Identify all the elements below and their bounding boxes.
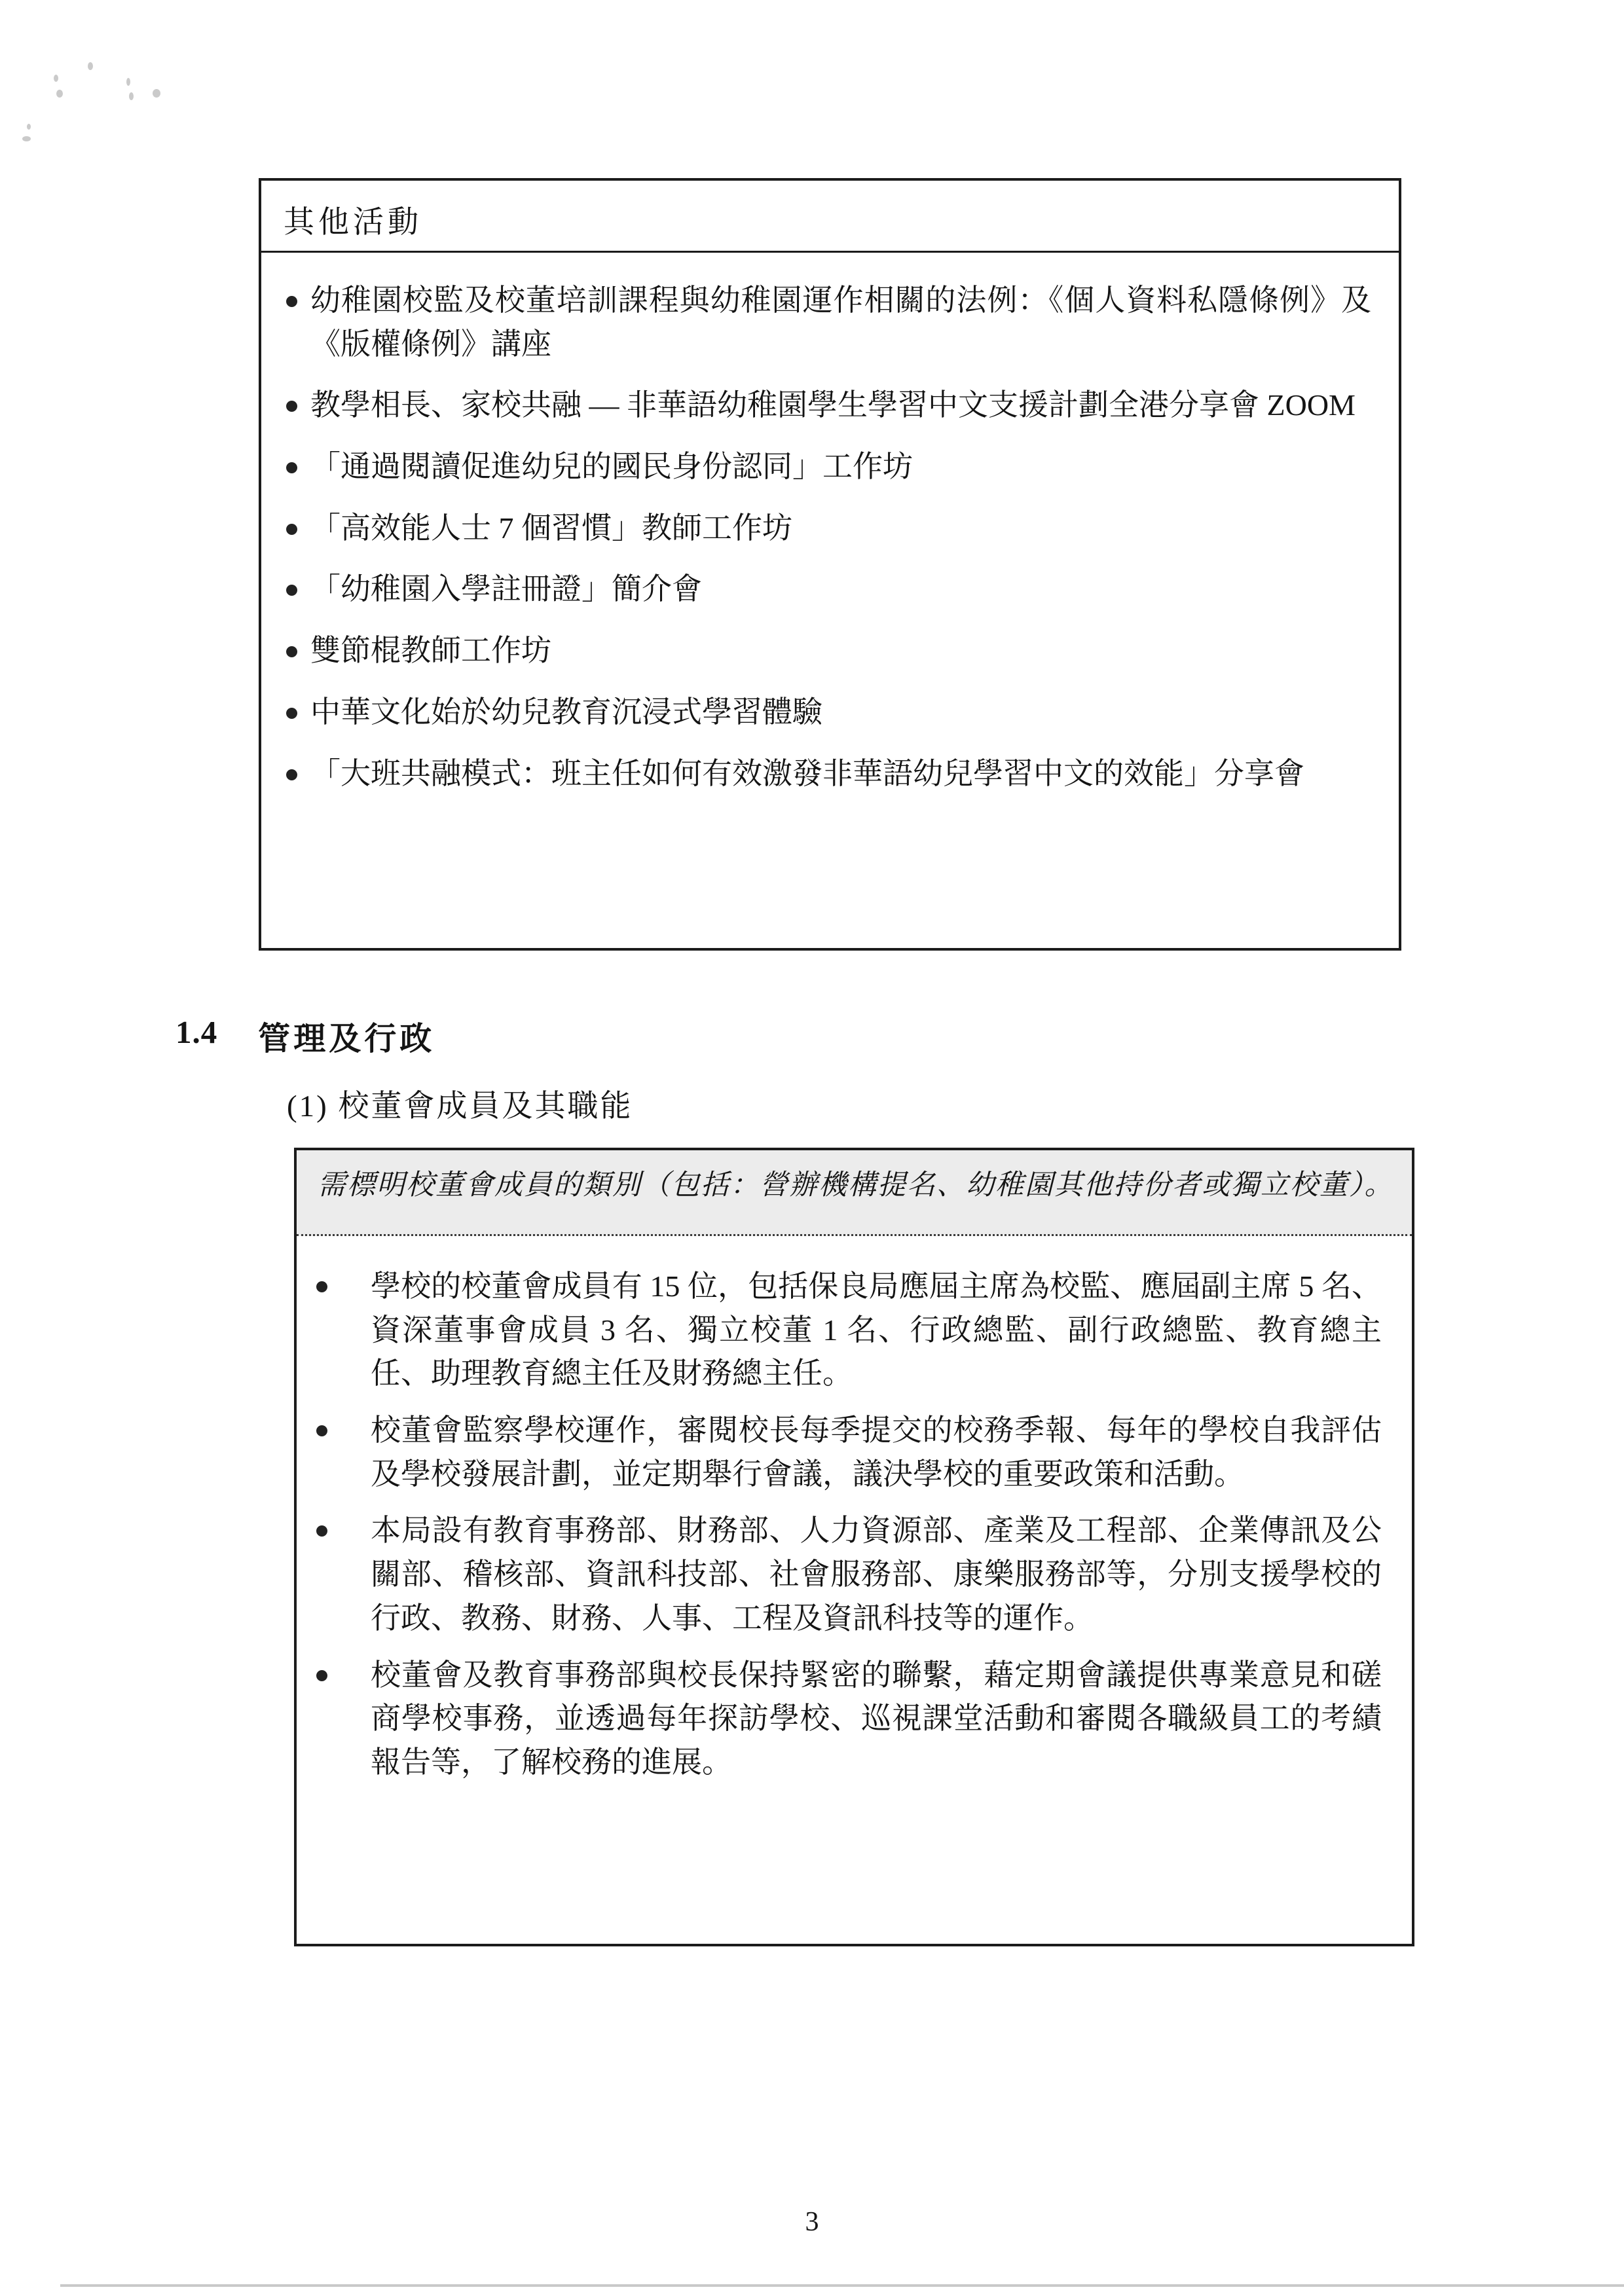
- list-item: 中華文化始於幼兒教育沉浸式學習體驗: [286, 691, 1371, 735]
- other-activities-box: 其他活動 幼稚園校監及校董培訓課程與幼稚園運作相關的法例：《個人資料私隱條例》及…: [259, 178, 1401, 951]
- bullet-icon: [316, 1425, 327, 1436]
- list-item-text: 「通過閱讀促進幼兒的國民身份認同」工作坊: [310, 445, 913, 489]
- list-item: 校董會及教育事務部與校長保持緊密的聯繫，藉定期會議提供專業意見和磋商學校事務，並…: [316, 1654, 1382, 1785]
- document-page: 其他活動 幼稚園校監及校董培訓課程與幼稚園運作相關的法例：《個人資料私隱條例》及…: [0, 0, 1624, 2296]
- list-item: 校董會監察學校運作，審閱校長每季提交的校務季報、每年的學校自我評估及學校發展計劃…: [316, 1409, 1382, 1496]
- scan-speckle: [153, 89, 160, 98]
- scan-speckle: [126, 78, 130, 86]
- board-box-list: 學校的校董會成員有 15 位，包括保良局應屆主席為校監、應屆副主席 5 名、資深…: [297, 1236, 1412, 1785]
- list-item: 幼稚園校監及校董培訓課程與幼稚園運作相關的法例：《個人資料私隱條例》及《版權條例…: [286, 279, 1371, 366]
- list-item-text: 雙節棍教師工作坊: [310, 629, 551, 673]
- bullet-icon: [286, 585, 297, 596]
- scan-speckle: [129, 92, 134, 100]
- subsection-heading: (1) 校董會成員及其職能: [287, 1082, 633, 1125]
- scan-speckle: [54, 75, 58, 82]
- list-item-text: 教學相長、家校共融 — 非華語幼稚園學生學習中文支援計劃全港分享會 ZOOM: [310, 384, 1356, 428]
- bullet-icon: [316, 1281, 327, 1292]
- list-item: 本局設有教育事務部、財務部、人力資源部、產業及工程部、企業傳訊及公關部、稽核部、…: [316, 1509, 1382, 1640]
- list-item: 「通過閱讀促進幼兒的國民身份認同」工作坊: [286, 445, 1371, 489]
- bullet-icon: [286, 401, 297, 412]
- list-item-text: 「高效能人士 7 個習慣」教師工作坊: [310, 507, 792, 551]
- scan-speckle: [56, 90, 63, 98]
- bullet-icon: [316, 1670, 327, 1681]
- bullet-icon: [286, 646, 297, 657]
- bullet-icon: [286, 524, 297, 535]
- other-activities-title: 其他活動: [261, 181, 1399, 253]
- scan-speckle: [22, 136, 31, 141]
- list-item-text: 本局設有教育事務部、財務部、人力資源部、產業及工程部、企業傳訊及公關部、稽核部、…: [371, 1509, 1382, 1640]
- bullet-icon: [286, 462, 297, 473]
- board-box-note: 需標明校董會成員的類別（包括：營辦機構提名、幼稚園其他持份者或獨立校董）。: [297, 1150, 1412, 1236]
- list-item: 「幼稚園入學註冊證」簡介會: [286, 568, 1371, 611]
- list-item-text: 「大班共融模式：班主任如何有效激發非華語幼兒學習中文的效能」分享會: [310, 752, 1304, 796]
- list-item: 教學相長、家校共融 — 非華語幼稚園學生學習中文支援計劃全港分享會 ZOOM: [286, 384, 1371, 428]
- bullet-icon: [286, 769, 297, 780]
- bullet-icon: [286, 708, 297, 719]
- section-number: 1.4: [175, 1013, 217, 1059]
- bullet-icon: [316, 1525, 327, 1537]
- list-item: 學校的校董會成員有 15 位，包括保良局應屆主席為校監、應屆副主席 5 名、資深…: [316, 1265, 1382, 1396]
- section-heading: 1.4 管理及行政: [175, 1013, 435, 1059]
- list-item-text: 中華文化始於幼兒教育沉浸式學習體驗: [310, 691, 822, 735]
- list-item-text: 幼稚園校監及校董培訓課程與幼稚園運作相關的法例：《個人資料私隱條例》及《版權條例…: [310, 279, 1371, 366]
- other-activities-list: 幼稚園校監及校董培訓課程與幼稚園運作相關的法例：《個人資料私隱條例》及《版權條例…: [261, 253, 1399, 795]
- scan-speckle: [88, 62, 93, 70]
- section-title: 管理及行政: [258, 1013, 435, 1059]
- page-number: 3: [0, 2206, 1624, 2238]
- list-item: 雙節棍教師工作坊: [286, 629, 1371, 673]
- board-members-box: 需標明校董會成員的類別（包括：營辦機構提名、幼稚園其他持份者或獨立校董）。 學校…: [294, 1148, 1414, 1946]
- list-item-text: 「幼稚園入學註冊證」簡介會: [310, 568, 702, 611]
- list-item: 「大班共融模式：班主任如何有效激發非華語幼兒學習中文的效能」分享會: [286, 752, 1371, 796]
- scan-speckle: [27, 124, 31, 130]
- list-item-text: 學校的校董會成員有 15 位，包括保良局應屆主席為校監、應屆副主席 5 名、資深…: [371, 1265, 1382, 1396]
- list-item-text: 校董會監察學校運作，審閱校長每季提交的校務季報、每年的學校自我評估及學校發展計劃…: [371, 1409, 1382, 1496]
- list-item-text: 校董會及教育事務部與校長保持緊密的聯繫，藉定期會議提供專業意見和磋商學校事務，並…: [371, 1654, 1382, 1785]
- bullet-icon: [286, 296, 297, 307]
- scan-edge-artifact: [60, 2284, 1624, 2287]
- list-item: 「高效能人士 7 個習慣」教師工作坊: [286, 507, 1371, 551]
